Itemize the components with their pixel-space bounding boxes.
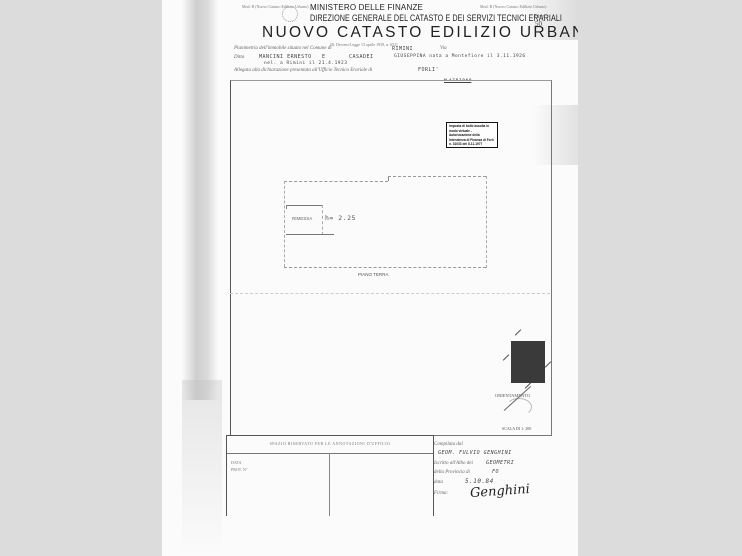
- document-title: NUOVO CATASTO EDILIZIO URBANO: [262, 24, 578, 42]
- document-subtitle: (R. Decreto-Legge 13 aprile 1939, n. 652…: [330, 42, 397, 47]
- prot-label: PROT. N°: [231, 467, 247, 472]
- floor-label: PIANO TERRA: [358, 272, 388, 277]
- scan-shadow: [182, 380, 222, 556]
- ditta-value-3: CASADEI: [349, 54, 374, 60]
- data-label: DATA: [231, 460, 241, 465]
- form-code-note: Mod. B (Nuovo Catasto Edilizio Urbano): [242, 4, 308, 9]
- scanned-document-page: Mod. B (Nuovo Catasto Edilizio Urbano) M…: [162, 0, 578, 556]
- drawing-frame: [230, 80, 552, 436]
- compilata-label: Compilata dal: [434, 442, 463, 447]
- office-annotations-box: SPAZIO RISERVATO PER LE ANNOTAZIONI D'UF…: [226, 435, 434, 516]
- compilata-value: GEOM. FULVIO GENGHINI: [438, 450, 512, 456]
- data-compilazione-label: data: [434, 480, 443, 485]
- redaction-square: [511, 341, 545, 383]
- ditta-value-2: E: [322, 54, 326, 60]
- room-label: RIMESSA: [292, 216, 312, 221]
- stamp-value: 50: [535, 20, 542, 28]
- direction-name: DIREZIONE GENERALE DEL CATASTO E DEI SER…: [310, 13, 562, 23]
- emblem-icon: [282, 6, 298, 22]
- comune-value: RIMINI: [392, 46, 413, 52]
- provincia-label: della Provincia di: [434, 470, 470, 475]
- provincia-value: FO: [492, 469, 499, 475]
- ditta-value-4: GIUSEPPINA nata a Montefiore il 3.11.192…: [394, 54, 526, 59]
- ditta-value-1: MANCINI ERNESTO: [259, 54, 312, 60]
- ditta-line-2: nel. a Rimini il 21.4.1923: [264, 61, 347, 66]
- albo-value: GEOMETRI: [486, 460, 514, 466]
- orientation-label: ORIENTAMENTO: [495, 393, 530, 398]
- scale-label: SCALA DI 1: 200: [502, 426, 531, 431]
- iscritto-label: Iscritto all'Albo dei: [434, 461, 473, 466]
- firma-label: Firma:: [434, 491, 448, 496]
- ditta-label: Ditta: [234, 55, 244, 60]
- office-annotations-header: SPAZIO RISERVATO PER LE ANNOTAZIONI D'UF…: [227, 436, 433, 454]
- room-height-label: h= 2.25: [325, 214, 356, 222]
- scan-shadow: [182, 0, 218, 400]
- fold-line: [230, 293, 550, 294]
- compass-arc-icon: [506, 398, 532, 416]
- tax-stamp-box: Imposta di bollo assolta in modo virtual…: [446, 122, 498, 148]
- form-code-note-right: Mod. B (Nuovo Catasto Edilizio Urbano): [480, 4, 546, 9]
- via-label: Via: [440, 46, 447, 51]
- ufficio-value: FORLI': [418, 67, 439, 73]
- signature: Genghini: [470, 482, 531, 501]
- planimetria-label: Planimetria dell'immobile situato nel Co…: [234, 46, 332, 51]
- ministry-name: MINISTERO DELLE FINANZE: [310, 3, 423, 12]
- allegata-label: Allegata alla dichiarazione presentata a…: [234, 68, 372, 73]
